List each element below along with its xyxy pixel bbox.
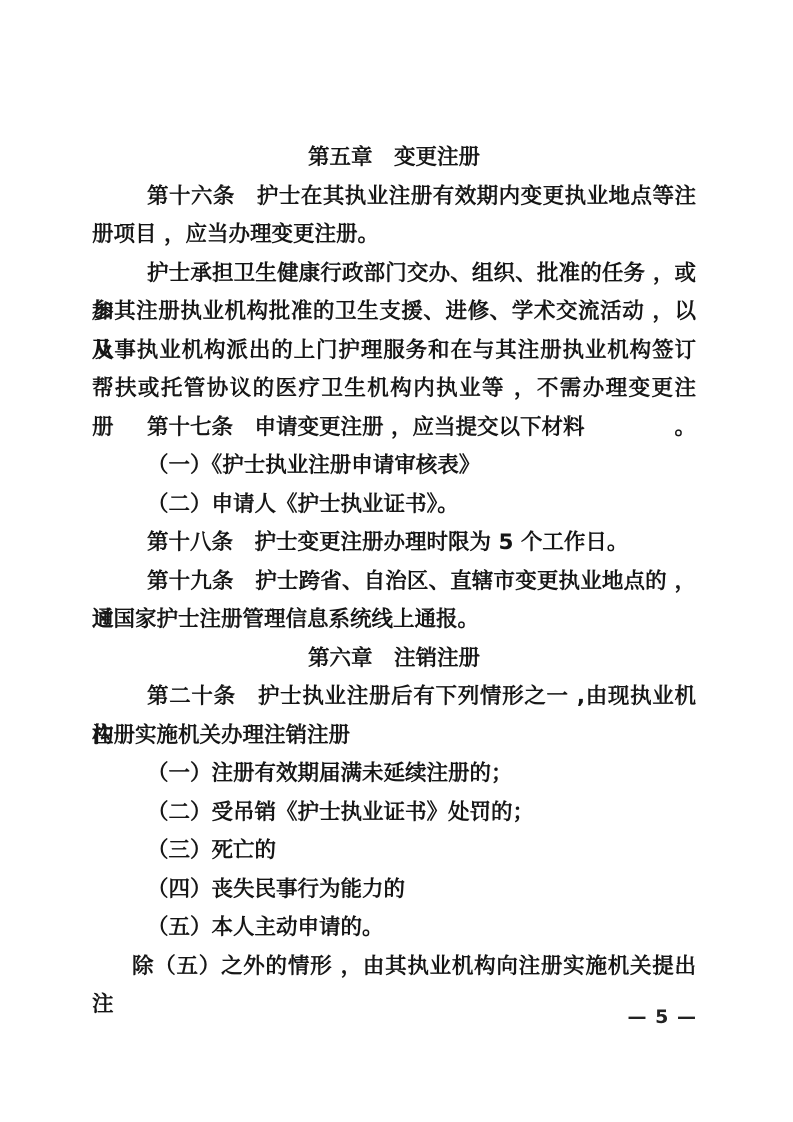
article-20-item-3: （三）死亡的 [92,832,696,871]
article-20-item-4: （四）丧失民事行为能力的 [92,871,696,910]
article-16-para-2-line-2: 加其注册执业机构批准的卫生支援、进修、学术交流活动 ，以及 [92,293,696,332]
article-17-item-2: （二）申请人《护士执业证书》。 [92,486,696,525]
chapter-5-heading: 第五章 变更注册 [92,139,696,178]
article-20-item-1: （一）注册有效期届满未延续注册的； [92,755,696,794]
article-16-line-2: 册项目 ，应当办理变更注册。 [92,216,696,255]
article-16-para-2-line-1: 护士承担卫生健康行政部门交办、组织、批准的任务 ，或参 [92,255,696,294]
document-page: 第五章 变更注册 第十六条 护士在其执业注册有效期内变更执业地点等注 册项目 ，… [0,0,793,1122]
article-20-closing-line-1: 除（五）之外的情形 ，由其执业机构向注册实施机关提出注 [92,948,696,987]
chapter-6-heading: 第六章 注销注册 [92,640,696,679]
article-20-item-2: （二）受吊销《护士执业证书》处罚的； [92,794,696,833]
article-20-line-1: 第二十条 护士执业注册后有下列情形之一 ,由现执业机构 [92,678,696,717]
page-number: — 5 — [628,1003,697,1031]
article-17-item-1: （一）《护士执业注册申请审核表》 [92,447,696,486]
document-body: 第五章 变更注册 第十六条 护士在其执业注册有效期内变更执业地点等注 册项目 ，… [92,139,696,986]
article-20-line-2: 注册实施机关办理注销注册 [92,717,696,756]
article-16-line-1: 第十六条 护士在其执业注册有效期内变更执业地点等注 [92,178,696,217]
article-16-para-2-line-3: 从事执业机构派出的上门护理服务和在与其注册执业机构签订 [92,332,696,371]
article-19-line-1: 第十九条 护士跨省、自治区、直辖市变更执业地点的 ，通 [92,563,696,602]
article-19-line-2: 过国家护士注册管理信息系统线上通报。 [92,601,696,640]
article-20-item-5: （五）本人主动申请的。 [92,909,696,948]
article-16-para-2-line-4: 帮扶或托管协议的医疗卫生机构内执业等 ，不需办理变更注册。 [92,370,696,409]
article-18-line: 第十八条 护士变更注册办理时限为 5 个工作日。 [92,524,696,563]
